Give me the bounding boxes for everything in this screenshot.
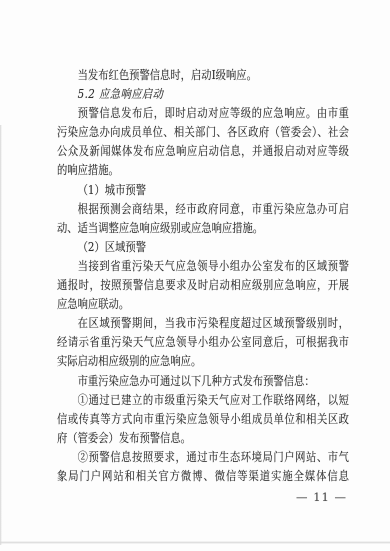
text-line: ②预警信息按照要求，通过市生态环境局门户网站、市气 [57,448,349,467]
text-line: 预警信息发布后，即时启动对应等级的应急响应。由市重 [57,104,349,123]
text-line: 应急响应联动。 [57,295,349,314]
text-line: 象局门户网站和相关官方微博、微信等渠道实施全媒体信息 [57,467,349,486]
text-line: （1）城市预警 [57,181,349,200]
text-line: 经请示省重污染天气应急领导小组办公室同意后，可根据我市 [57,333,349,352]
text-line: 动、适当调整应急响应级别或应急响应措施。 [57,219,349,238]
text-line: 在区域预警期间，当我市污染程度超过区域预警级别时， [57,314,349,333]
text-line: 市重污染应急办可通过以下几种方式发布预警信息： [57,372,349,391]
text-line: 通报时，按照预警信息要求及时启动相应级别应急响应，开展 [57,276,349,295]
page-number: — 11 — [296,489,347,505]
text-line: 府（管委会）发布预警信息。 [57,429,349,448]
document-page: 当发布红色预警信息时，启动Ⅰ级响应。5.2 应急响应启动预警信息发布后，即时启动… [0,0,390,551]
text-line: 公众及新闻媒体发布应急响应启动信息，并通报启动对应等级 [57,142,349,161]
text-line: 污染应急办向成员单位、相关部门、各区政府（管委会）、社会 [57,123,349,142]
scan-artifact-bottom-edge [0,541,390,544]
text-line: 当接到省重污染天气应急领导小组办公室发布的区域预警 [57,257,349,276]
text-line: 的响应措施。 [57,161,349,180]
text-line: 根据预测会商结果，经市政府同意，市重污染应急办可启 [57,200,349,219]
document-body: 当发布红色预警信息时，启动Ⅰ级响应。5.2 应急响应启动预警信息发布后，即时启动… [57,66,349,486]
text-line: 信或传真等方式向市重污染应急领导小组成员单位和相关区政 [57,410,349,429]
text-line: 实际启动相应级别的应急响应。 [57,352,349,371]
text-line: （2）区域预警 [57,238,349,257]
scan-artifact-left-edge [0,125,2,545]
text-line: ①通过已建立的市级重污染天气应对工作联络网络，以短 [57,391,349,410]
text-line: 当发布红色预警信息时，启动Ⅰ级响应。 [57,66,349,85]
section-heading: 5.2 应急响应启动 [57,85,349,104]
